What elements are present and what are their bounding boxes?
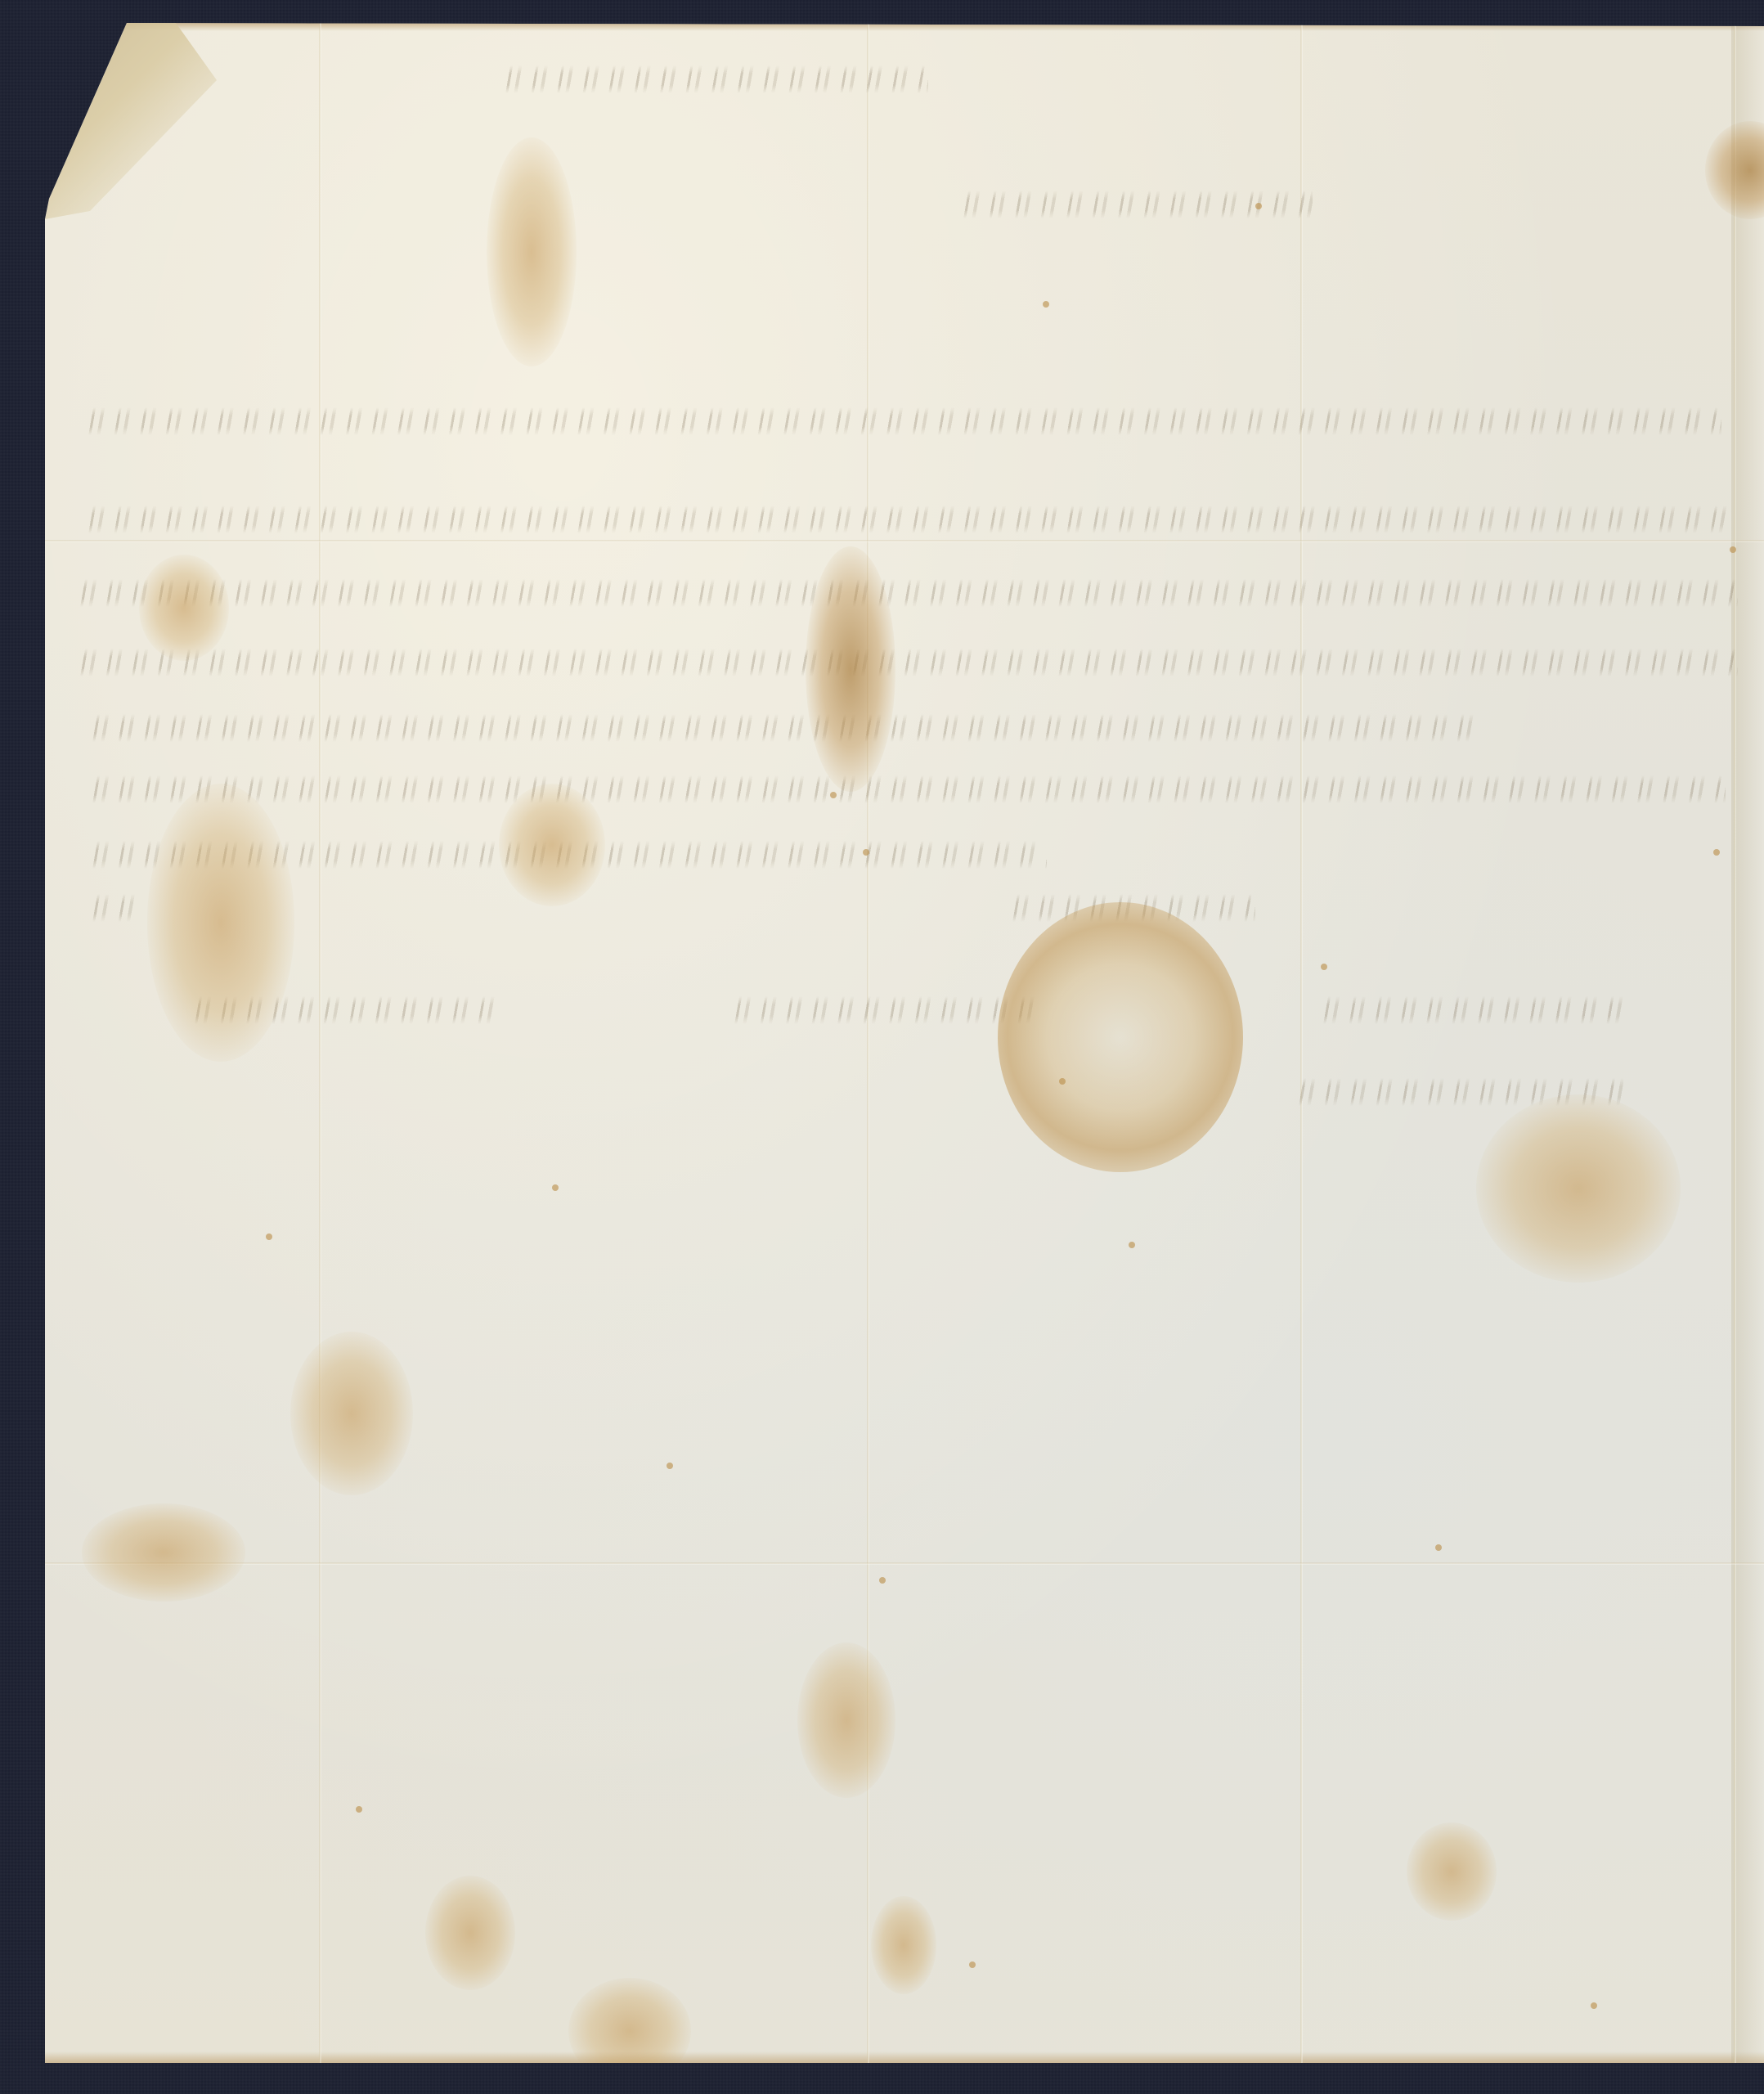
right-edge-fold [1731,23,1764,2063]
bleed-through-line [732,996,1043,1024]
foxing-stain [998,902,1243,1172]
bleed-through-line [86,506,1730,533]
letter-sheet [45,23,1764,2063]
foxing-stain [568,1978,691,2063]
foxing-speck [667,1463,673,1469]
foxing-stain [1407,1822,1497,1921]
bleed-through-line [90,894,139,922]
horizontal-crease [45,540,1764,542]
foxing-stain [1705,121,1764,219]
foxing-speck [266,1233,272,1240]
bleed-through-line [78,579,1738,607]
foxing-stain [139,555,229,661]
foxing-stain [487,137,577,366]
foxing-speck [1043,301,1049,308]
foxing-speck [1730,546,1736,553]
foxing-speck [1321,964,1327,970]
horizontal-crease [45,1562,1764,1565]
foxing-stain [797,1642,895,1798]
foxing-speck [1713,849,1720,856]
foxing-speck [863,849,869,856]
foxing-speck [830,792,837,798]
bleed-through-line [503,65,928,93]
bleed-through-line [90,775,1726,803]
bleed-through-line [1321,996,1632,1024]
torn-bottom-edge [45,2051,1764,2063]
foxing-speck [1591,2002,1597,2009]
foxing-speck [1255,203,1262,209]
foxing-stain [290,1332,413,1495]
foxing-speck [1129,1242,1135,1248]
foxing-speck [1435,1544,1442,1551]
foxing-speck [552,1184,559,1191]
foxing-stain [82,1503,245,1602]
foxing-stain [499,784,605,906]
vertical-crease [1734,23,1736,2063]
foxing-stain [871,1896,936,1994]
vertical-crease [319,23,321,2063]
bleed-through-line [90,714,1480,742]
foxing-speck [879,1577,886,1584]
foxing-stain [425,1876,515,1990]
foxing-speck [1059,1078,1066,1085]
foxing-stain [147,784,294,1062]
vertical-crease [1300,23,1303,2063]
foxing-stain [806,546,895,792]
foxing-speck [969,1961,976,1968]
bleed-through-line [86,407,1721,435]
foxing-speck [356,1806,362,1813]
foxing-stain [1476,1094,1681,1283]
bleed-through-line [78,649,1738,676]
